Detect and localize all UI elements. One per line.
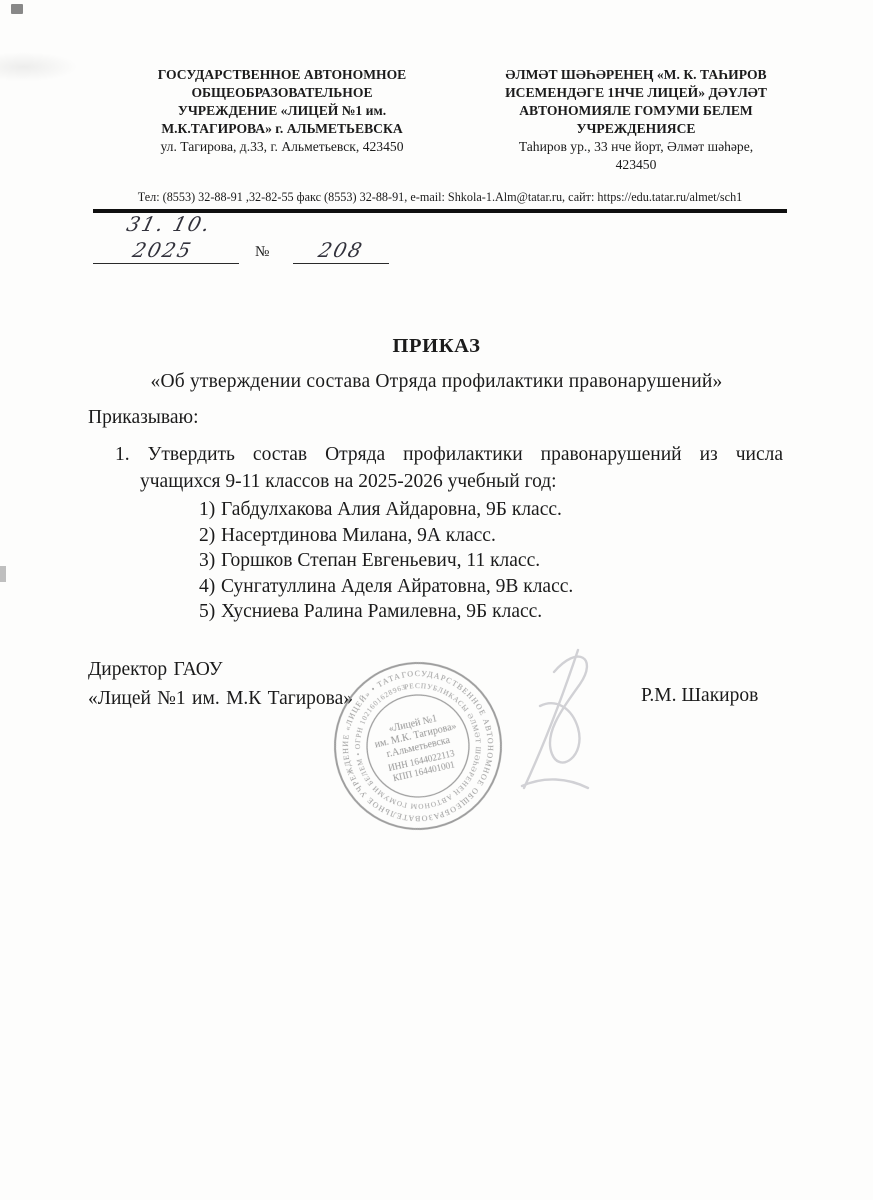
scan-artifact-smudge — [0, 52, 78, 82]
org-address: 423450 — [485, 156, 787, 174]
list-item-text: Насертдинова Милана, 9А класс. — [221, 525, 496, 546]
order-verb: Приказываю: — [88, 407, 199, 429]
scanned-order-document: ГОСУДАРСТВЕННОЕ АВТОНОМНОЕ ОБЩЕОБРАЗОВАТ… — [0, 0, 873, 1200]
document-title: ПРИКАЗ — [0, 335, 873, 358]
signer-name: Р.М. Шакиров — [641, 685, 758, 707]
list-item: 3)Горшков Степан Евгеньевич, 11 класс. — [199, 548, 573, 574]
date-number-row: 31. 10. 2025 № 208 — [93, 211, 389, 264]
members-list: 1)Габдулхакова Алия Айдаровна, 9Б класс.… — [199, 497, 573, 625]
list-item: 1)Габдулхакова Алия Айдаровна, 9Б класс. — [199, 497, 573, 523]
org-name-line: ӘЛМӘТ ШӘҺӘРЕНЕҢ «М. К. ТАҺИРОВ — [485, 66, 787, 84]
list-item-text: Хусниева Ралина Рамилевна, 9Б класс. — [221, 601, 542, 622]
contacts-line: Тел: (8553) 32-88-91 ,32-82-55 факс (855… — [93, 190, 787, 205]
number-field: 208 — [293, 237, 389, 264]
list-item: 5)Хусниева Ралина Рамилевна, 9Б класс. — [199, 599, 573, 625]
letterhead: ГОСУДАРСТВЕННОЕ АВТОНОМНОЕ ОБЩЕОБРАЗОВАТ… — [93, 66, 787, 174]
scan-artifact-edge — [0, 566, 6, 582]
list-item-text: Горшков Степан Евгеньевич, 11 класс. — [221, 550, 540, 571]
handwritten-date: 31. 10. 2025 — [87, 211, 246, 263]
org-name-line: ИСЕМЕНДӘГЕ 1НЧЕ ЛИЦЕЙ» ДӘҮЛӘТ — [485, 84, 787, 102]
org-name-line: ОБЩЕОБРАЗОВАТЕЛЬНОЕ — [93, 84, 471, 102]
org-name-line: УЧРЕЖДЕНИЯСЕ — [485, 120, 787, 138]
list-item-number: 3) — [199, 548, 221, 574]
list-item-text: Габдулхакова Алия Айдаровна, 9Б класс. — [221, 499, 562, 520]
scan-artifact-corner — [11, 4, 23, 14]
document-subject: «Об утверждении состава Отряда профилакт… — [0, 371, 873, 393]
org-name-line: АВТОНОМИЯЛЕ ГОМУМИ БЕЛЕМ — [485, 102, 787, 120]
list-item-number: 4) — [199, 574, 221, 600]
list-item-number: 5) — [199, 599, 221, 625]
org-name-line: М.К.ТАГИРОВА» г. АЛЬМЕТЬЕВСКА — [93, 120, 471, 138]
order-item-line1: 1. Утвердить состав Отряда профилактики … — [115, 444, 783, 466]
list-item: 2)Насертдинова Милана, 9А класс. — [199, 523, 573, 549]
number-sign: № — [255, 240, 269, 264]
org-name-line: ГОСУДАРСТВЕННОЕ АВТОНОМНОЕ — [93, 66, 471, 84]
letterhead-russian: ГОСУДАРСТВЕННОЕ АВТОНОМНОЕ ОБЩЕОБРАЗОВАТ… — [93, 66, 471, 174]
letterhead-tatar: ӘЛМӘТ ШӘҺӘРЕНЕҢ «М. К. ТАҺИРОВ ИСЕМЕНДӘГ… — [485, 66, 787, 174]
order-item-line2: учащихся 9-11 классов на 2025-2026 учебн… — [140, 471, 557, 493]
list-item: 4)Сунгатуллина Аделя Айратовна, 9В класс… — [199, 574, 573, 600]
list-item-number: 2) — [199, 523, 221, 549]
org-name-line: УЧРЕЖДЕНИЕ «ЛИЦЕЙ №1 им. — [93, 102, 471, 120]
list-item-number: 1) — [199, 497, 221, 523]
list-item-text: Сунгатуллина Аделя Айратовна, 9В класс. — [221, 576, 573, 597]
org-address: ул. Тагирова, д.33, г. Альметьевск, 4234… — [93, 138, 471, 156]
director-autograph — [460, 636, 635, 816]
org-address: Таһиров ур., 33 нче йорт, Әлмәт шәһәре, — [485, 138, 787, 156]
handwritten-number: 208 — [316, 237, 367, 263]
date-field: 31. 10. 2025 — [93, 211, 239, 264]
